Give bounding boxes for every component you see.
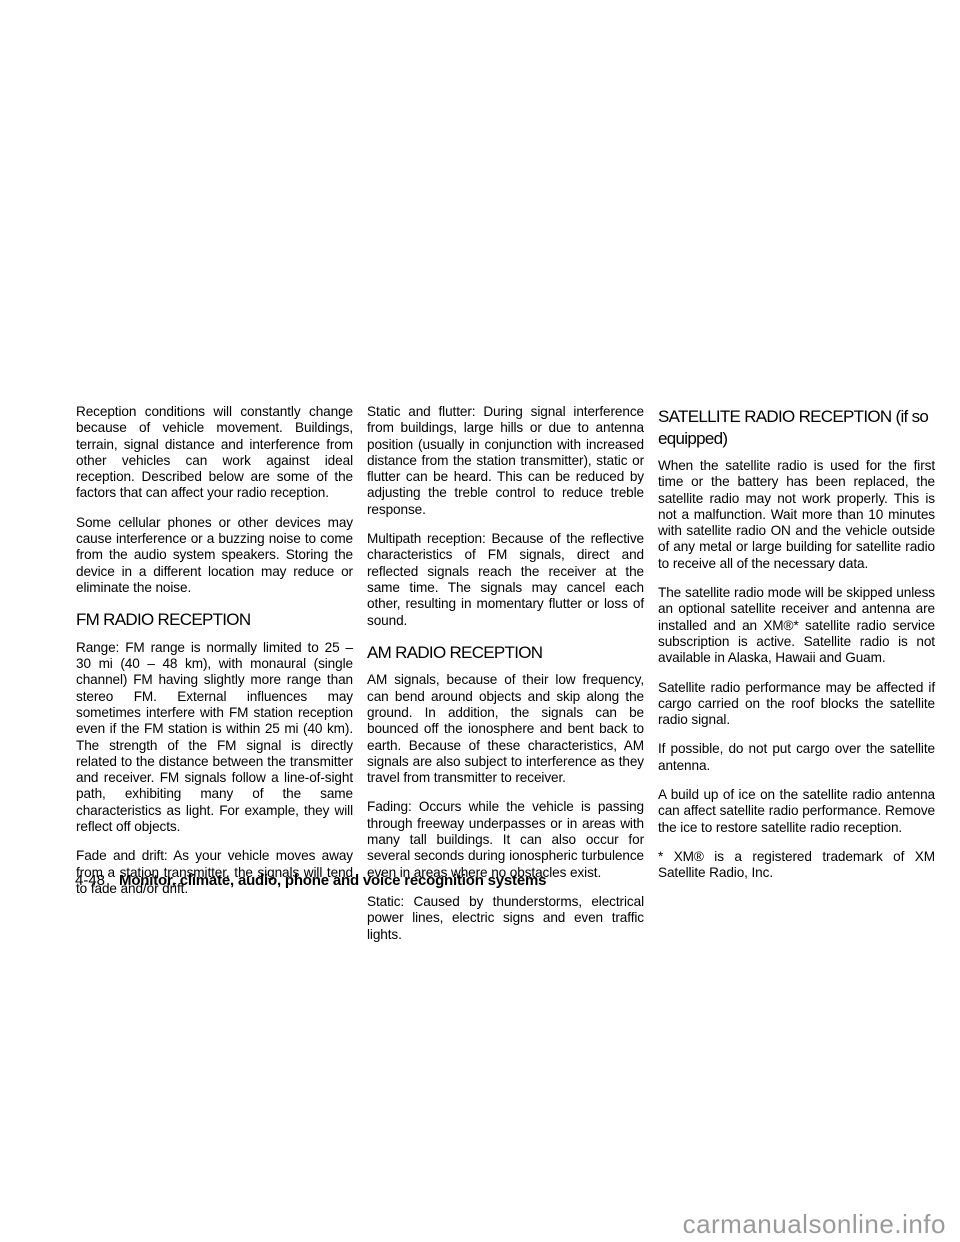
paragraph-satellite-first-time: When the satellite radio is used for the…	[658, 458, 935, 572]
paragraph-fm-range: Range: FM range is normally limited to 2…	[76, 640, 353, 836]
paragraph-xm-trademark-note: * XM® is a registered trademark of XM Sa…	[658, 849, 935, 882]
paragraph-am-signals: AM signals, because of their low frequen…	[367, 672, 644, 786]
paragraph-satellite-cargo-antenna: If possible, do not put cargo over the s…	[658, 741, 935, 774]
paragraph-multipath-reception: Multipath reception: Because of the refl…	[367, 531, 644, 629]
paragraph-static-and-flutter: Static and flutter: During signal interf…	[367, 404, 644, 518]
column-3: SATELLITE RADIO RECEPTION (if so equippe…	[658, 404, 935, 956]
footer-section-title: Monitor, climate, audio, phone and voice…	[119, 872, 546, 890]
paragraph-fading: Fading: Occurs while the vehicle is pass…	[367, 799, 644, 880]
paragraph-satellite-ice-buildup: A build up of ice on the satellite radio…	[658, 787, 935, 836]
section-heading-am-radio-reception: AM RADIO RECEPTION	[367, 642, 644, 664]
section-heading-satellite-radio-reception: SATELLITE RADIO RECEPTION (if so equippe…	[658, 406, 935, 449]
section-heading-fm-radio-reception: FM RADIO RECEPTION	[76, 609, 353, 631]
page-footer: 4-48 Monitor, climate, audio, phone and …	[75, 872, 546, 890]
page-number: 4-48	[75, 872, 105, 890]
paragraph-satellite-mode-skipped: The satellite radio mode will be skipped…	[658, 585, 935, 666]
manual-page: Reception conditions will constantly cha…	[0, 0, 960, 1242]
paragraph-cellular-interference: Some cellular phones or other devices ma…	[76, 515, 353, 596]
watermark-text: carmanualsonline.info	[683, 1210, 946, 1238]
paragraph-satellite-cargo-roof: Satellite radio performance may be affec…	[658, 680, 935, 729]
paragraph-static: Static: Caused by thunderstorms, electri…	[367, 894, 644, 943]
paragraph-reception-conditions: Reception conditions will constantly cha…	[76, 404, 353, 502]
